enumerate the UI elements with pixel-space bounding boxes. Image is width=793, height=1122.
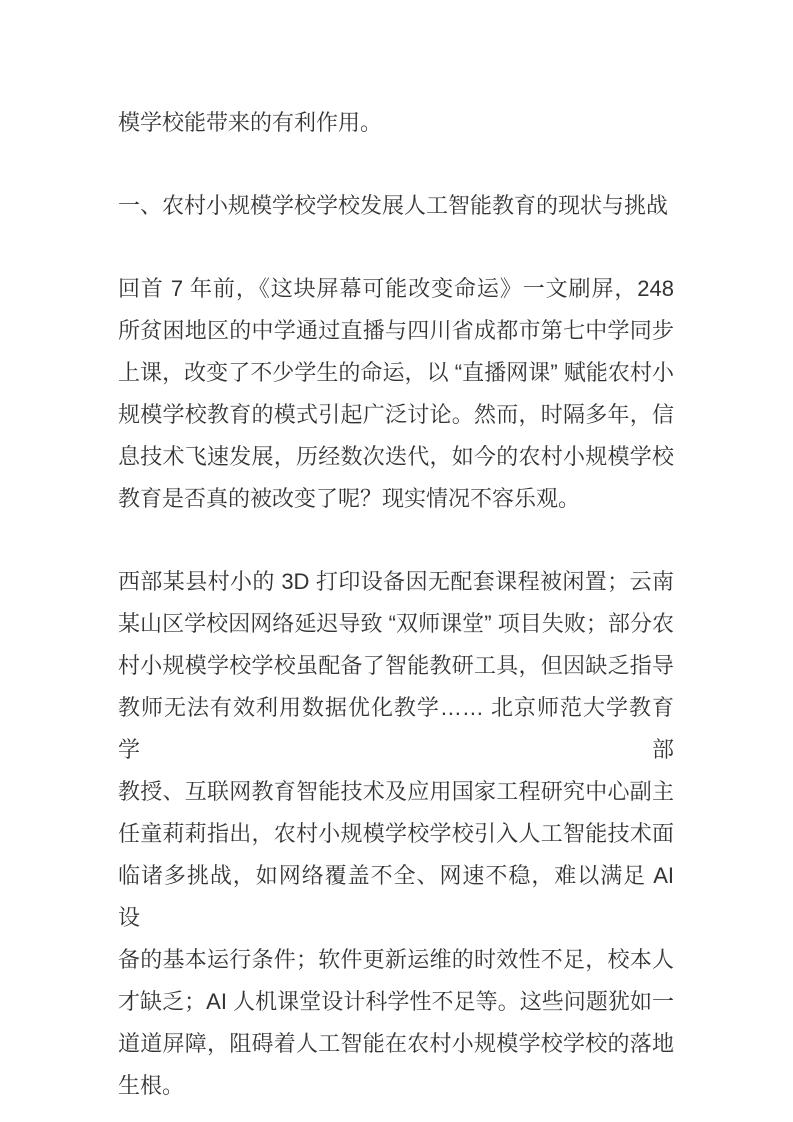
text-line: 回首 7 年前，《这块屏幕可能改变命运》一文刷屏，248 (118, 268, 674, 310)
paragraph: 回首 7 年前，《这块屏幕可能改变命运》一文刷屏，248所贫困地区的中学通过直播… (118, 268, 674, 520)
text-line: 西部某县村小的 3D 打印设备因无配套课程被闲置；云南 (118, 561, 674, 603)
text-line: 规模学校教育的模式引起广泛讨论。然而，时隔多年，信 (118, 394, 674, 436)
text-line: 所贫困地区的中学通过直播与四川省成都市第七中学同步 (118, 310, 674, 352)
paragraph: 西部某县村小的 3D 打印设备因无配套课程被闲置；云南某山区学校因网络延迟导致 … (118, 561, 674, 1107)
text-line: 生根。 (118, 1065, 674, 1107)
text-line: 上课，改变了不少学生的命运，以 “直播网课” 赋能农村小 (118, 352, 674, 394)
heading-line: 一、农村小规模学校学校发展人工智能教育的现状与挑战 (118, 185, 674, 227)
paragraph: 模学校能带来的有利作用。 (118, 102, 674, 144)
text-line: 备的基本运行条件；软件更新运维的时效性不足，校本人 (118, 939, 674, 981)
text-line: 模学校能带来的有利作用。 (118, 102, 674, 144)
text-line: 任童莉莉指出，农村小规模学校学校引入人工智能技术面 (118, 813, 674, 855)
text-line: 才缺乏；AI 人机课堂设计科学性不足等。这些问题犹如一 (118, 981, 674, 1023)
document-page: 模学校能带来的有利作用。一、农村小规模学校学校发展人工智能教育的现状与挑战回首 … (0, 0, 793, 1122)
text-line: 临诸多挑战，如网络覆盖不全、网速不稳，难以满足 AI 设 (118, 855, 674, 939)
text-line: 教授、互联网教育智能技术及应用国家工程研究中心副主 (118, 771, 674, 813)
text-line: 某山区学校因网络延迟导致 “双师课堂” 项目失败；部分农 (118, 603, 674, 645)
text-line: 道道屏障，阻碍着人工智能在农村小规模学校学校的落地 (118, 1023, 674, 1065)
text-line: 息技术飞速发展，历经数次迭代，如今的农村小规模学校 (118, 436, 674, 478)
text-line: 教育是否真的被改变了呢？现实情况不容乐观。 (118, 478, 674, 520)
document-content: 模学校能带来的有利作用。一、农村小规模学校学校发展人工智能教育的现状与挑战回首 … (118, 102, 674, 1107)
text-line: 教师无法有效利用数据优化教学…… 北京师范大学教育学部 (118, 687, 674, 771)
section-heading: 一、农村小规模学校学校发展人工智能教育的现状与挑战 (118, 185, 674, 227)
text-line: 村小规模学校学校虽配备了智能教研工具，但因缺乏指导 (118, 645, 674, 687)
